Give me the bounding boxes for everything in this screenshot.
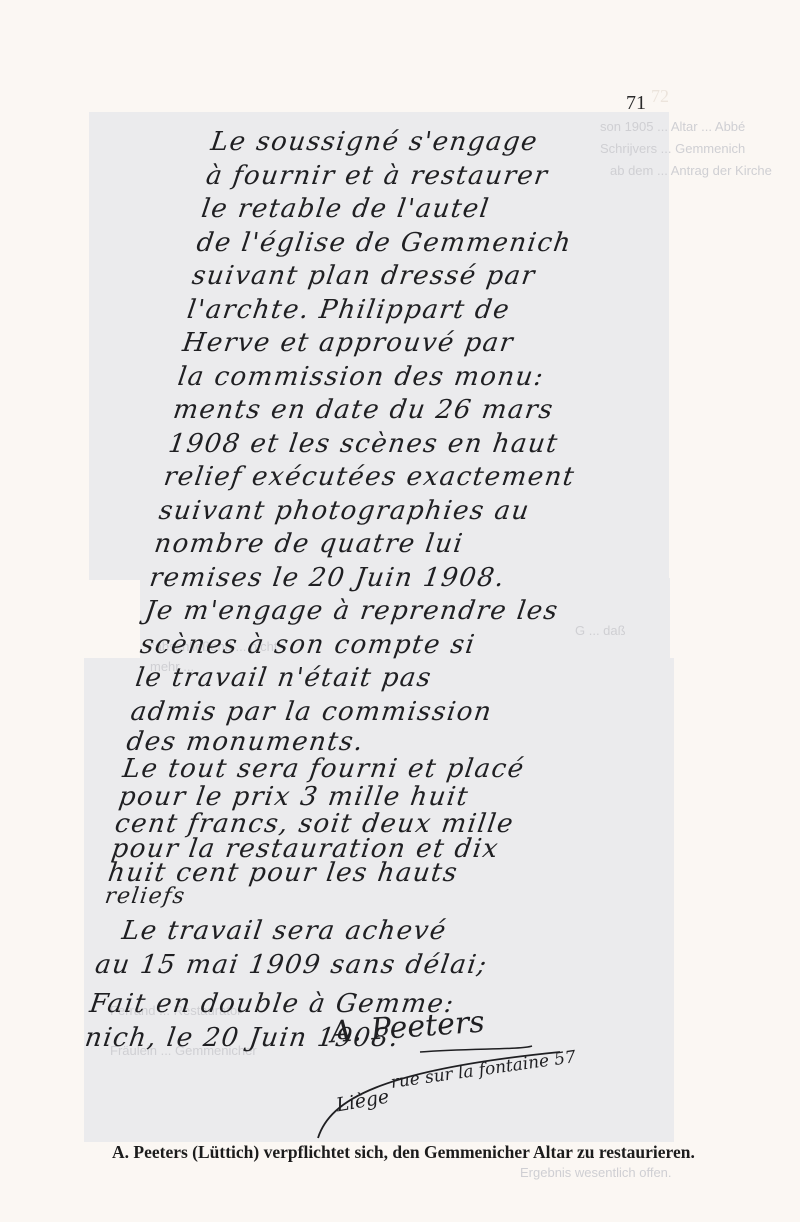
figure-caption: A. Peeters (Lüttich) verpflichtet sich, … (112, 1142, 695, 1163)
signature-flourish-icon (0, 0, 800, 1222)
